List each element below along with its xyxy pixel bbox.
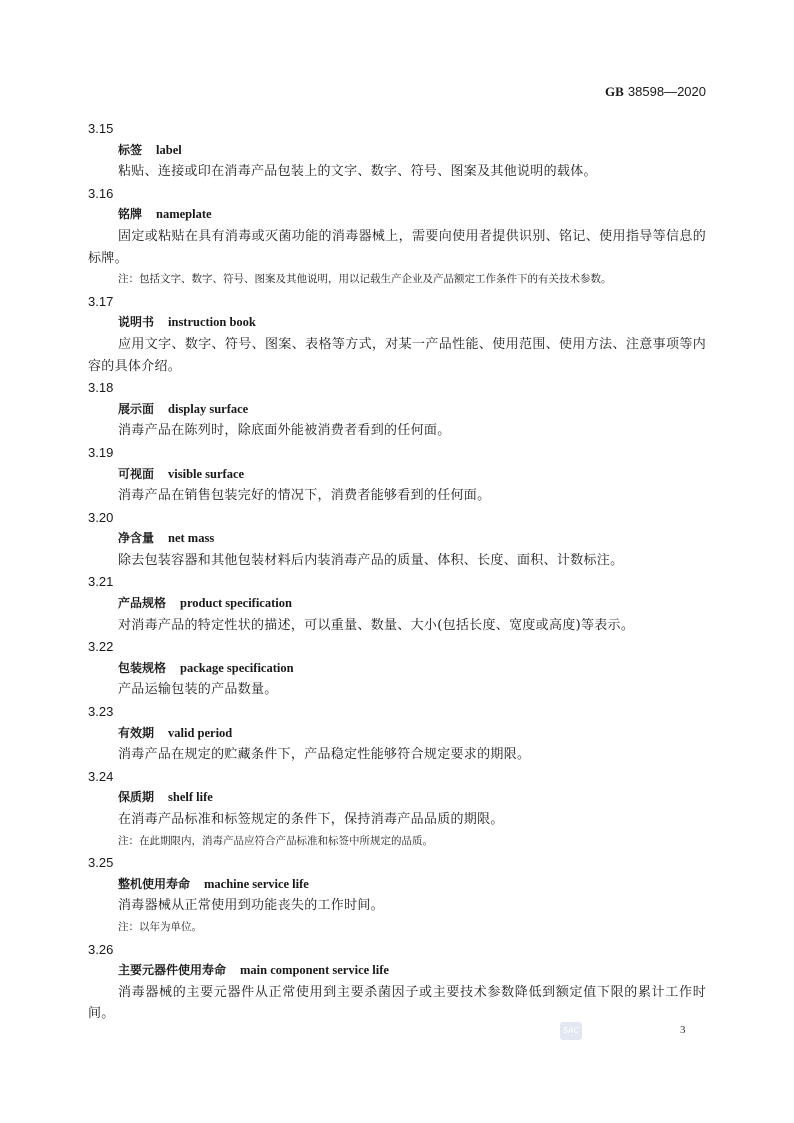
clause-number: 3.25: [88, 852, 706, 874]
term-heading: 有效期valid period: [88, 723, 706, 745]
clause-3-21: 3.21产品规格product specification对消毒产品的特定性状的…: [88, 571, 706, 636]
clause-3-25: 3.25整机使用寿命machine service life消毒器械从正常使用到…: [88, 852, 706, 938]
standard-number: 38598—2020: [628, 84, 706, 99]
term-definition: 产品运输包装的产品数量。: [88, 679, 706, 701]
term-heading: 整机使用寿命machine service life: [88, 874, 706, 896]
term-english: nameplate: [156, 207, 212, 221]
term-definition: 消毒器械的主要元器件从正常使用到主要杀菌因子或主要技术参数降低到额定值下限的累计…: [88, 982, 706, 1025]
term-english: package specification: [180, 661, 294, 675]
clause-number: 3.19: [88, 442, 706, 464]
clause-3-17: 3.17说明书instruction book应用文字、数字、符号、图案、表格等…: [88, 291, 706, 377]
term-english: net mass: [168, 531, 214, 545]
clause-3-16: 3.16铭牌nameplate固定或粘贴在具有消毒或灭菌功能的消毒器械上，需要向…: [88, 183, 706, 291]
term-heading: 展示面display surface: [88, 399, 706, 421]
clause-number: 3.23: [88, 701, 706, 723]
term-definition: 消毒器械从正常使用到功能丧失的工作时间。: [88, 895, 706, 917]
page-number: 3: [680, 1024, 686, 1036]
clause-number: 3.21: [88, 571, 706, 593]
clause-3-15: 3.15标签label粘贴、连接或印在消毒产品包装上的文字、数字、符号、图案及其…: [88, 118, 706, 183]
standard-prefix: GB: [605, 84, 624, 99]
term-english: machine service life: [204, 877, 309, 891]
term-english: shelf life: [168, 790, 213, 804]
clause-3-22: 3.22包装规格package specification产品运输包装的产品数量…: [88, 636, 706, 701]
clause-3-18: 3.18展示面display surface消毒产品在陈列时，除底面外能被消费者…: [88, 377, 706, 442]
sac-watermark-icon: SAC: [560, 1022, 582, 1040]
term-definition: 对消毒产品的特定性状的描述，可以重量、数量、大小(包括长度、宽度或高度)等表示。: [88, 615, 706, 637]
term-definition: 在消毒产品标准和标签规定的条件下，保持消毒产品品质的期限。: [88, 809, 706, 831]
term-definition: 消毒产品在销售包装完好的情况下，消费者能够看到的任何面。: [88, 485, 706, 507]
clause-number: 3.18: [88, 377, 706, 399]
term-definition: 消毒产品在陈列时，除底面外能被消费者看到的任何面。: [88, 420, 706, 442]
standard-header: GB 38598—2020: [605, 84, 706, 100]
term-definition: 除去包装容器和其他包装材料后内装消毒产品的质量、体积、长度、面积、计数标注。: [88, 550, 706, 572]
term-chinese: 可视面: [118, 467, 154, 481]
term-chinese: 标签: [118, 143, 142, 157]
term-chinese: 说明书: [118, 315, 154, 329]
term-chinese: 保质期: [118, 790, 154, 804]
clause-3-23: 3.23有效期valid period消毒产品在规定的贮藏条件下，产品稳定性能够…: [88, 701, 706, 766]
term-english: main component service life: [240, 963, 389, 977]
clause-3-24: 3.24保质期shelf life在消毒产品标准和标签规定的条件下，保持消毒产品…: [88, 766, 706, 852]
clause-number: 3.17: [88, 291, 706, 313]
term-note: 注：在此期限内，消毒产品应符合产品标准和标签中所规定的品质。: [88, 831, 706, 853]
term-chinese: 主要元器件使用寿命: [118, 963, 226, 977]
term-heading: 铭牌nameplate: [88, 204, 706, 226]
term-english: product specification: [180, 596, 292, 610]
term-english: instruction book: [168, 315, 256, 329]
term-heading: 可视面visible surface: [88, 464, 706, 486]
clause-number: 3.15: [88, 118, 706, 140]
term-heading: 保质期shelf life: [88, 787, 706, 809]
term-chinese: 包装规格: [118, 661, 166, 675]
term-definition: 应用文字、数字、符号、图案、表格等方式，对某一产品性能、使用范围、使用方法、注意…: [88, 334, 706, 377]
term-english: display surface: [168, 402, 248, 416]
term-chinese: 产品规格: [118, 596, 166, 610]
term-note: 注：包括文字、数字、符号、图案及其他说明，用以记载生产企业及产品额定工作条件下的…: [88, 269, 706, 291]
term-note: 注：以年为单位。: [88, 917, 706, 939]
clauses-list: 3.15标签label粘贴、连接或印在消毒产品包装上的文字、数字、符号、图案及其…: [88, 118, 706, 1025]
clause-3-26: 3.26主要元器件使用寿命main component service life…: [88, 939, 706, 1025]
clause-number: 3.22: [88, 636, 706, 658]
term-chinese: 铭牌: [118, 207, 142, 221]
term-english: valid period: [168, 726, 232, 740]
term-definition: 消毒产品在规定的贮藏条件下，产品稳定性能够符合规定要求的期限。: [88, 744, 706, 766]
clause-number: 3.24: [88, 766, 706, 788]
clause-number: 3.26: [88, 939, 706, 961]
term-english: visible surface: [168, 467, 244, 481]
term-chinese: 展示面: [118, 402, 154, 416]
term-definition: 粘贴、连接或印在消毒产品包装上的文字、数字、符号、图案及其他说明的载体。: [88, 161, 706, 183]
clause-3-20: 3.20净含量net mass除去包装容器和其他包装材料后内装消毒产品的质量、体…: [88, 507, 706, 572]
term-heading: 净含量net mass: [88, 528, 706, 550]
term-heading: 说明书instruction book: [88, 312, 706, 334]
term-chinese: 净含量: [118, 531, 154, 545]
term-heading: 主要元器件使用寿命main component service life: [88, 960, 706, 982]
term-heading: 标签label: [88, 140, 706, 162]
clause-number: 3.20: [88, 507, 706, 529]
term-definition: 固定或粘贴在具有消毒或灭菌功能的消毒器械上，需要向使用者提供识别、铭记、使用指导…: [88, 226, 706, 269]
term-heading: 产品规格product specification: [88, 593, 706, 615]
clause-number: 3.16: [88, 183, 706, 205]
term-heading: 包装规格package specification: [88, 658, 706, 680]
term-chinese: 整机使用寿命: [118, 877, 190, 891]
clause-3-19: 3.19可视面visible surface消毒产品在销售包装完好的情况下，消费…: [88, 442, 706, 507]
term-english: label: [156, 143, 182, 157]
term-chinese: 有效期: [118, 726, 154, 740]
